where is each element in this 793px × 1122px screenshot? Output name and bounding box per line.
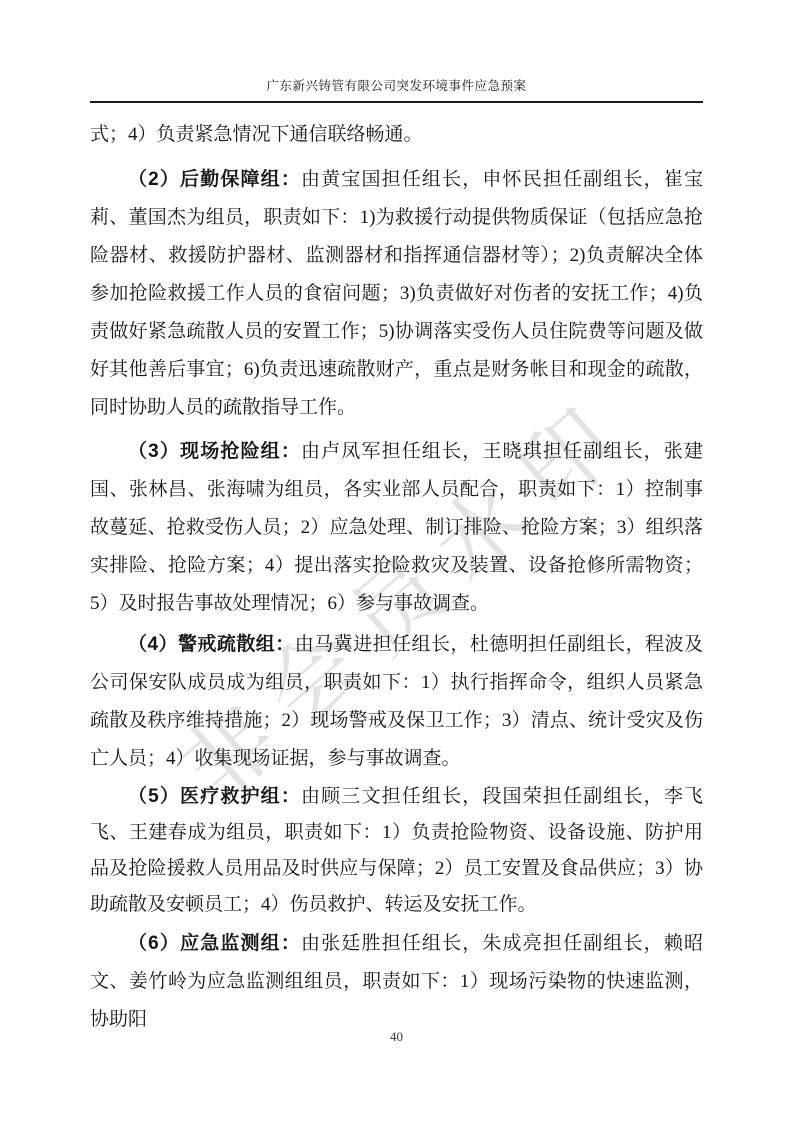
document-body: 式；4）负责紧急情况下通信联络畅通。 （2）后勤保障组：由黄宝国担任组长，申怀民… — [90, 116, 703, 1039]
paragraph-medical-aid-group: （5）医疗救护组：由顾三文担任组长，段国荣担任副组长，李飞飞、王建春成为组员，职… — [90, 779, 703, 923]
paragraph-logistics-support-group: （2）后勤保障组：由黄宝国担任组长，申怀民担任副组长，崔宝莉、董国杰为组员，职责… — [90, 161, 703, 427]
group-text-onsite-rescue: 由卢凤军担任组长，王晓琪担任副组长，张建国、张林昌、张海啸为组员，各实业部人员配… — [90, 441, 703, 614]
group-label-emergency-monitoring: （6）应急监测组： — [128, 933, 301, 954]
page-header: 广东新兴铸管有限公司突发环境事件应急预案 — [90, 76, 703, 94]
document-page: 非会员水印 广东新兴铸管有限公司突发环境事件应急预案 式；4）负责紧急情况下通信… — [0, 0, 793, 1122]
page-number: 40 — [390, 1029, 403, 1044]
header-divider — [90, 101, 703, 103]
group-label-logistics: （2）后勤保障组： — [128, 169, 301, 190]
header-title: 广东新兴铸管有限公司突发环境事件应急预案 — [90, 76, 703, 94]
group-label-security-evacuation: （4）警戒疏散组： — [128, 634, 295, 655]
continuation-paragraph: 式；4）负责紧急情况下通信联络畅通。 — [90, 116, 703, 154]
group-text-logistics: 由黄宝国担任组长，申怀民担任副组长，崔宝莉、董国杰为组员，职责如下：1)为救援行… — [90, 169, 703, 418]
group-label-onsite-rescue: （3）现场抢险组： — [128, 441, 301, 462]
group-label-medical-aid: （5）医疗救护组： — [128, 786, 301, 807]
paragraph-security-evacuation-group: （4）警戒疏散组：由马冀进担任组长，杜德明担任副组长，程波及公司保安队成员成为组… — [90, 626, 703, 778]
paragraph-emergency-monitoring-group: （6）应急监测组：由张廷胜担任组长，朱成亮担任副组长，赖昭文、姜竹岭为应急监测组… — [90, 925, 703, 1039]
paragraph-onsite-rescue-group: （3）现场抢险组：由卢凤军担任组长，王晓琪担任副组长，张建国、张林昌、张海啸为组… — [90, 433, 703, 623]
page-footer: 40 — [90, 1028, 703, 1046]
